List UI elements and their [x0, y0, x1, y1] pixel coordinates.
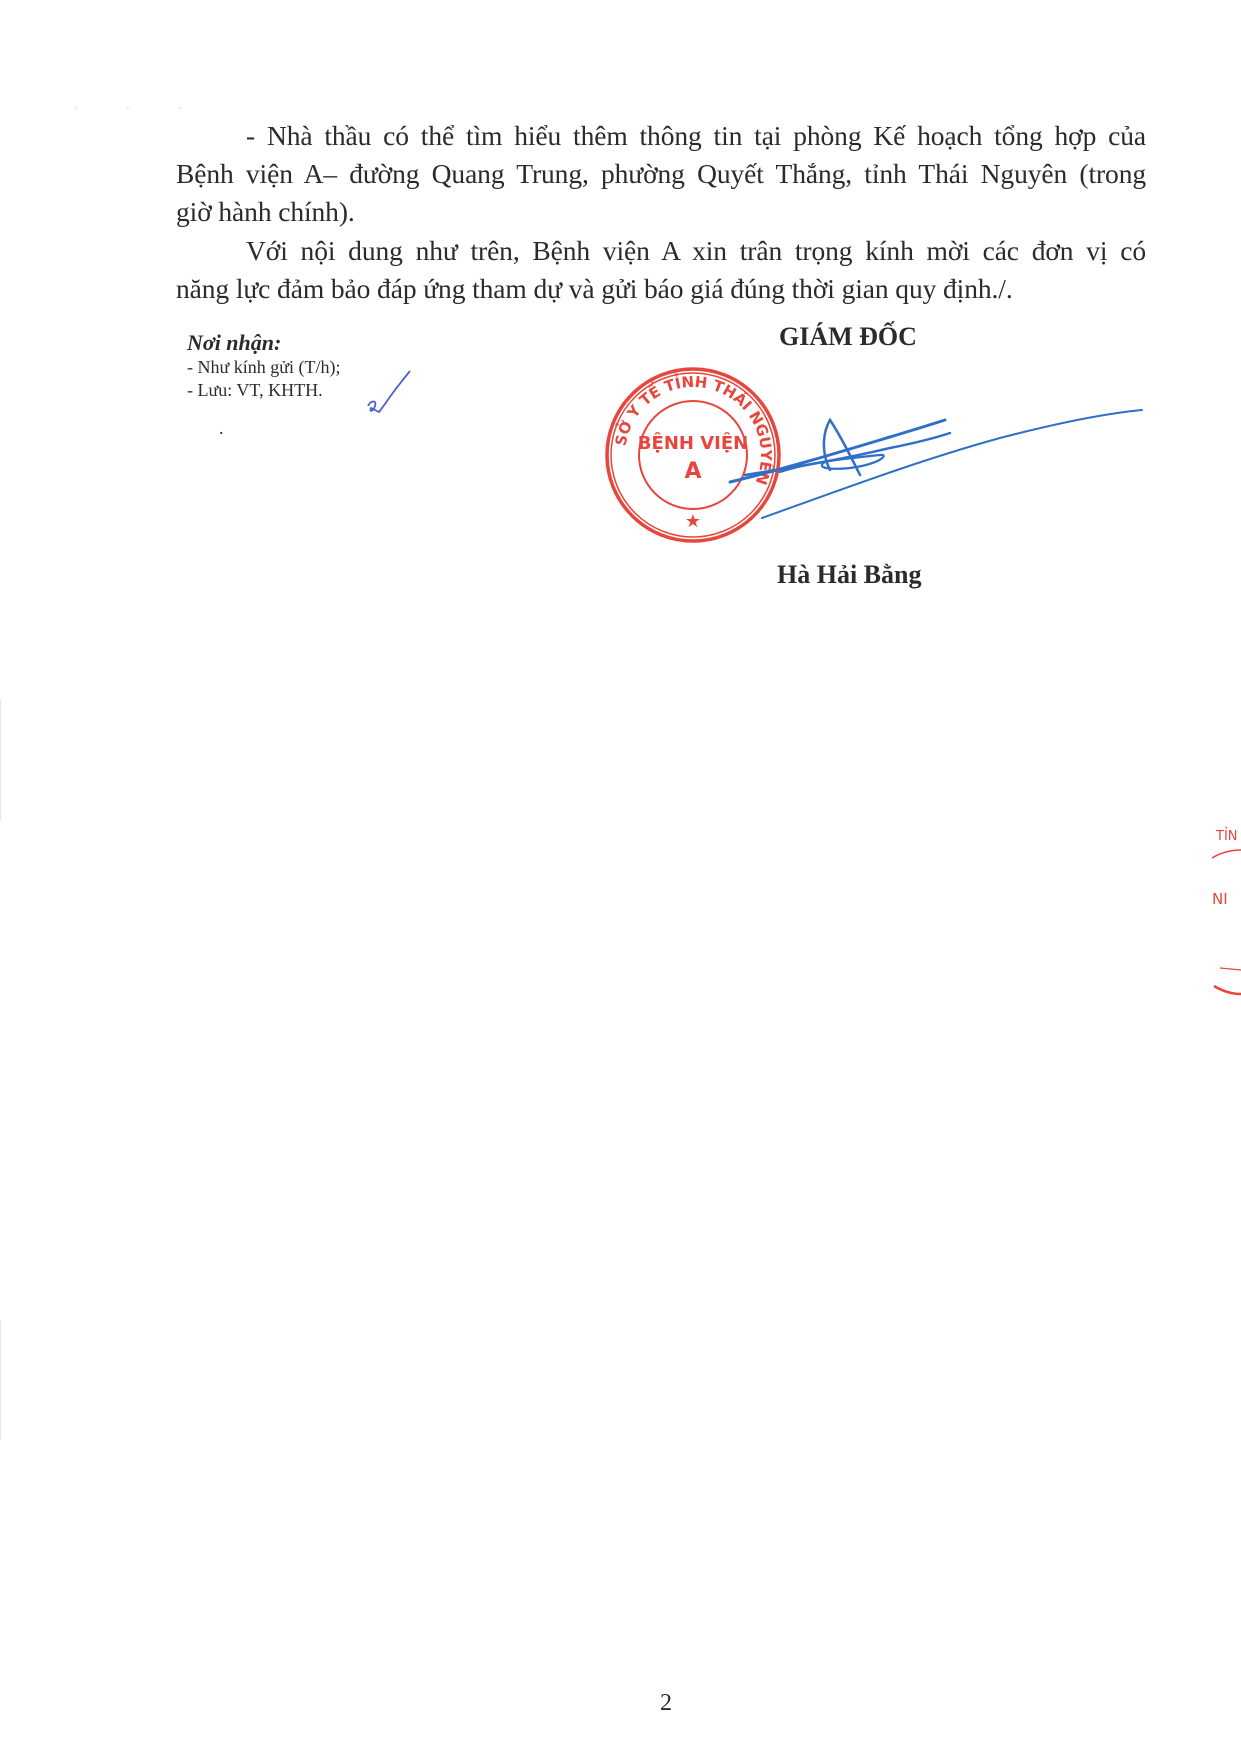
text-line: Bệnh viện A– đường Quang Trung, phường Q… [176, 155, 1146, 193]
partial-stamp-icon: TỈN NI [1210, 818, 1241, 1018]
stamp-center-letter: A [684, 459, 701, 484]
recipient-item: - Như kính gửi (T/h); [187, 356, 341, 379]
svg-text:TỈN: TỈN [1215, 827, 1238, 844]
scan-artifact: · · · [74, 104, 206, 113]
scan-edge [0, 1320, 1, 1440]
paragraph-contact-info: - Nhà thầu có thể tìm hiểu thêm thông ti… [176, 117, 1146, 231]
stray-dot: . [219, 418, 224, 439]
paragraph-invitation: Với nội dung như trên, Bệnh viện A xin t… [176, 232, 1146, 308]
text-line: - Nhà thầu có thể tìm hiểu thêm thông ti… [176, 117, 1146, 155]
initial-mark-icon [365, 368, 415, 418]
svg-text:NI: NI [1212, 890, 1228, 908]
text-line: Với nội dung như trên, Bệnh viện A xin t… [176, 232, 1146, 270]
recipients-title: Nơi nhận: [187, 330, 341, 356]
svg-text:★: ★ [685, 511, 701, 531]
signature-icon [720, 400, 1150, 520]
text-line: giờ hành chính). [176, 193, 1146, 231]
recipient-item: - Lưu: VT, KHTH. [187, 379, 341, 402]
signer-name: Hà Hải Bằng [777, 560, 921, 590]
page-number: 2 [660, 1690, 672, 1717]
signer-position: GIÁM ĐỐC [779, 322, 917, 352]
text-line: năng lực đảm bảo đáp ứng tham dự và gửi … [176, 270, 1146, 308]
recipients-block: Nơi nhận: - Như kính gửi (T/h); - Lưu: V… [187, 330, 341, 402]
scan-edge [0, 700, 1, 820]
